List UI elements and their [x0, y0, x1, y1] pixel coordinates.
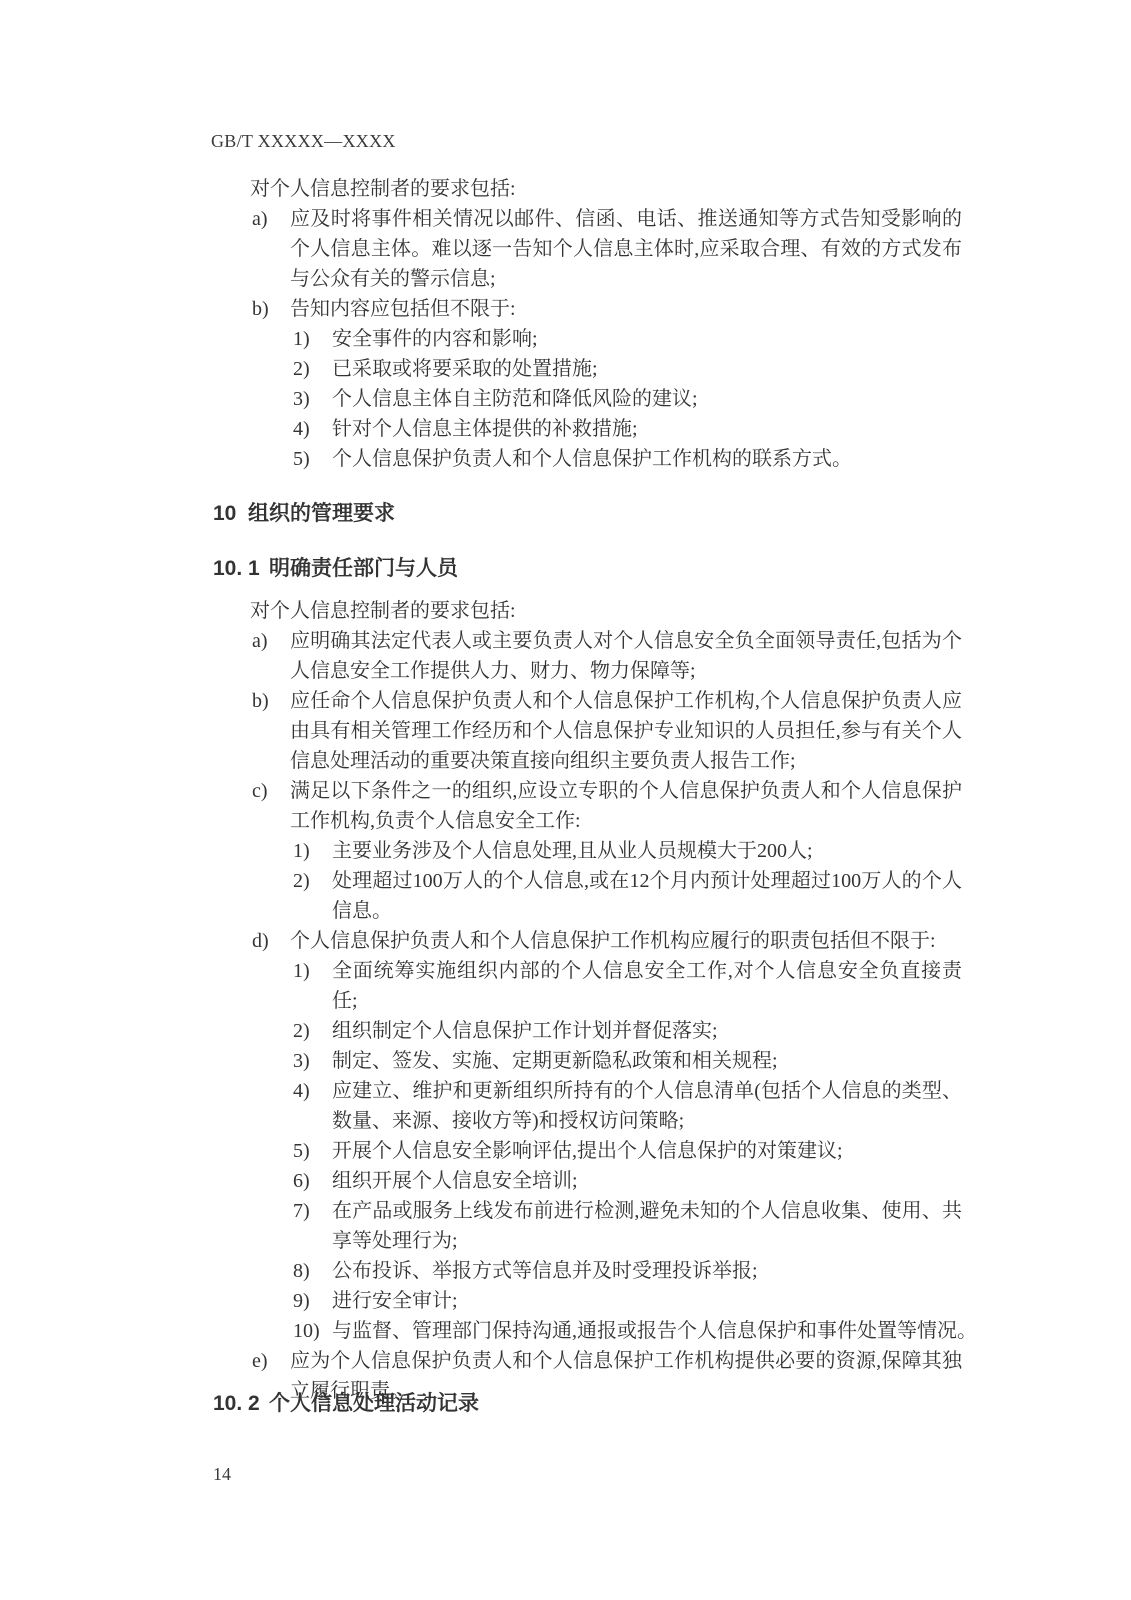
sub-list-item-text: 组织开展个人信息安全培训; [332, 1166, 962, 1196]
sub-list-item-d9: 9) 进行安全审计; [293, 1286, 1131, 1316]
incident-notification-block: 对个人信息控制者的要求包括: a) 应及时将事件相关情况以邮件、信函、电话、推送… [0, 174, 1131, 474]
sub-list-item-text: 进行安全审计; [332, 1286, 962, 1316]
sub-list-item-marker: 5) [293, 444, 332, 474]
list-item-b: b) 应任命个人信息保护负责人和个人信息保护工作机构,个人信息保护负责人应由具有… [252, 686, 1131, 776]
heading-title: 组织的管理要求 [248, 499, 395, 529]
sub-list-item-text: 在产品或服务上线发布前进行检测,避免未知的个人信息收集、使用、共享等处理行为; [332, 1196, 962, 1256]
list-item-marker: c) [252, 776, 290, 836]
sub-list-item-d6: 6) 组织开展个人信息安全培训; [293, 1166, 1131, 1196]
list-item-c: c) 满足以下条件之一的组织,应设立专职的个人信息保护负责人和个人信息保护工作机… [252, 776, 1131, 836]
list-item-text: 应明确其法定代表人或主要负责人对个人信息安全负全面领导责任,包括为个人信息安全工… [290, 626, 962, 686]
sub-list-item-marker: 4) [293, 1076, 332, 1136]
sub-list-item-marker: 2) [293, 1016, 332, 1046]
sub-list-item-1: 1) 安全事件的内容和影响; [293, 324, 1131, 354]
sub-list-item-text: 个人信息主体自主防范和降低风险的建议; [332, 384, 962, 414]
section-10-heading: 10 组织的管理要求 [213, 499, 395, 529]
sub-list-item-text: 主要业务涉及个人信息处理,且从业人员规模大于200人; [332, 836, 962, 866]
document-page: GB/T XXXXX—XXXX 对个人信息控制者的要求包括: a) 应及时将事件… [0, 0, 1131, 1600]
lead-paragraph: 对个人信息控制者的要求包括: [250, 174, 1131, 204]
sub-list-item-text: 公布投诉、举报方式等信息并及时受理投诉举报; [332, 1256, 962, 1286]
sub-list-item-c1: 1) 主要业务涉及个人信息处理,且从业人员规模大于200人; [293, 836, 1131, 866]
sub-list-item-d4: 4) 应建立、维护和更新组织所持有的个人信息清单(包括个人信息的类型、数量、来源… [293, 1076, 1131, 1136]
heading-number: 10 [213, 499, 248, 529]
lead-paragraph: 对个人信息控制者的要求包括: [250, 596, 1131, 626]
section-10-1-heading: 10. 1 明确责任部门与人员 [213, 554, 458, 584]
heading-title: 个人信息处理活动记录 [269, 1389, 479, 1419]
sub-list-item-text: 组织制定个人信息保护工作计划并督促落实; [332, 1016, 962, 1046]
sub-list-item-text: 针对个人信息主体提供的补救措施; [332, 414, 962, 444]
sub-list-item-text: 应建立、维护和更新组织所持有的个人信息清单(包括个人信息的类型、数量、来源、接收… [332, 1076, 962, 1136]
heading-title: 明确责任部门与人员 [269, 554, 458, 584]
section-10-1-body: 对个人信息控制者的要求包括: a) 应明确其法定代表人或主要负责人对个人信息安全… [0, 596, 1131, 1406]
list-item-marker: b) [252, 686, 290, 776]
sub-list-item-text: 安全事件的内容和影响; [332, 324, 962, 354]
sub-list-item-d3: 3) 制定、签发、实施、定期更新隐私政策和相关规程; [293, 1046, 1131, 1076]
sub-list-item-d1: 1) 全面统筹实施组织内部的个人信息安全工作,对个人信息安全负直接责任; [293, 956, 1131, 1016]
list-item-text: 个人信息保护负责人和个人信息保护工作机构应履行的职责包括但不限于: [290, 926, 962, 956]
sub-list-item-d7: 7) 在产品或服务上线发布前进行检测,避免未知的个人信息收集、使用、共享等处理行… [293, 1196, 1131, 1256]
list-item-text: 告知内容应包括但不限于: [290, 294, 962, 324]
sub-list-item-text: 制定、签发、实施、定期更新隐私政策和相关规程; [332, 1046, 962, 1076]
page-number: 14 [213, 1464, 231, 1485]
list-item-text: 应及时将事件相关情况以邮件、信函、电话、推送通知等方式告知受影响的个人信息主体。… [290, 204, 962, 294]
sub-list-item-d8: 8) 公布投诉、举报方式等信息并及时受理投诉举报; [293, 1256, 1131, 1286]
heading-number: 10. 1 [213, 554, 269, 584]
sub-list-item-marker: 7) [293, 1196, 332, 1256]
list-item-marker: d) [252, 926, 290, 956]
list-item-d: d) 个人信息保护负责人和个人信息保护工作机构应履行的职责包括但不限于: [252, 926, 1131, 956]
sub-list-item-marker: 3) [293, 384, 332, 414]
sub-list-item-marker: 2) [293, 354, 332, 384]
list-item-a: a) 应及时将事件相关情况以邮件、信函、电话、推送通知等方式告知受影响的个人信息… [252, 204, 1131, 294]
sub-list-item-marker: 2) [293, 866, 332, 926]
sub-list-item-marker: 10) [293, 1316, 332, 1346]
sub-list-item-marker: 1) [293, 956, 332, 1016]
list-item-marker: a) [252, 204, 290, 294]
sub-list-item-text: 与监督、管理部门保持沟通,通报或报告个人信息保护和事件处置等情况。 [332, 1316, 977, 1346]
sub-list-item-2: 2) 已采取或将要采取的处置措施; [293, 354, 1131, 384]
sub-list-item-d10: 10) 与监督、管理部门保持沟通,通报或报告个人信息保护和事件处置等情况。 [293, 1316, 1131, 1346]
sub-list-item-marker: 3) [293, 1046, 332, 1076]
list-item-text: 应任命个人信息保护负责人和个人信息保护工作机构,个人信息保护负责人应由具有相关管… [290, 686, 962, 776]
list-item-marker: b) [252, 294, 290, 324]
list-item-a: a) 应明确其法定代表人或主要负责人对个人信息安全负全面领导责任,包括为个人信息… [252, 626, 1131, 686]
sub-list-item-text: 处理超过100万人的个人信息,或在12个月内预计处理超过100万人的个人信息。 [332, 866, 962, 926]
sub-list-item-d5: 5) 开展个人信息安全影响评估,提出个人信息保护的对策建议; [293, 1136, 1131, 1166]
sub-list-item-marker: 5) [293, 1136, 332, 1166]
sub-list-item-marker: 8) [293, 1256, 332, 1286]
sub-list-item-marker: 4) [293, 414, 332, 444]
sub-list-item-text: 个人信息保护负责人和个人信息保护工作机构的联系方式。 [332, 444, 962, 474]
sub-list-item-marker: 1) [293, 324, 332, 354]
section-10-2-heading: 10. 2 个人信息处理活动记录 [213, 1389, 479, 1419]
sub-list-item-c2: 2) 处理超过100万人的个人信息,或在12个月内预计处理超过100万人的个人信… [293, 866, 1131, 926]
sub-list-item-text: 已采取或将要采取的处置措施; [332, 354, 962, 384]
sub-list-item-3: 3) 个人信息主体自主防范和降低风险的建议; [293, 384, 1131, 414]
list-item-text: 满足以下条件之一的组织,应设立专职的个人信息保护负责人和个人信息保护工作机构,负… [290, 776, 962, 836]
sub-list-item-5: 5) 个人信息保护负责人和个人信息保护工作机构的联系方式。 [293, 444, 1131, 474]
sub-list-item-marker: 1) [293, 836, 332, 866]
sub-list-item-4: 4) 针对个人信息主体提供的补救措施; [293, 414, 1131, 444]
sub-list-item-text: 全面统筹实施组织内部的个人信息安全工作,对个人信息安全负直接责任; [332, 956, 962, 1016]
standard-number-header: GB/T XXXXX—XXXX [211, 131, 396, 152]
sub-list-item-d2: 2) 组织制定个人信息保护工作计划并督促落实; [293, 1016, 1131, 1046]
sub-list-item-text: 开展个人信息安全影响评估,提出个人信息保护的对策建议; [332, 1136, 962, 1166]
heading-number: 10. 2 [213, 1389, 269, 1419]
sub-list-item-marker: 9) [293, 1286, 332, 1316]
list-item-marker: a) [252, 626, 290, 686]
list-item-b: b) 告知内容应包括但不限于: [252, 294, 1131, 324]
sub-list-item-marker: 6) [293, 1166, 332, 1196]
